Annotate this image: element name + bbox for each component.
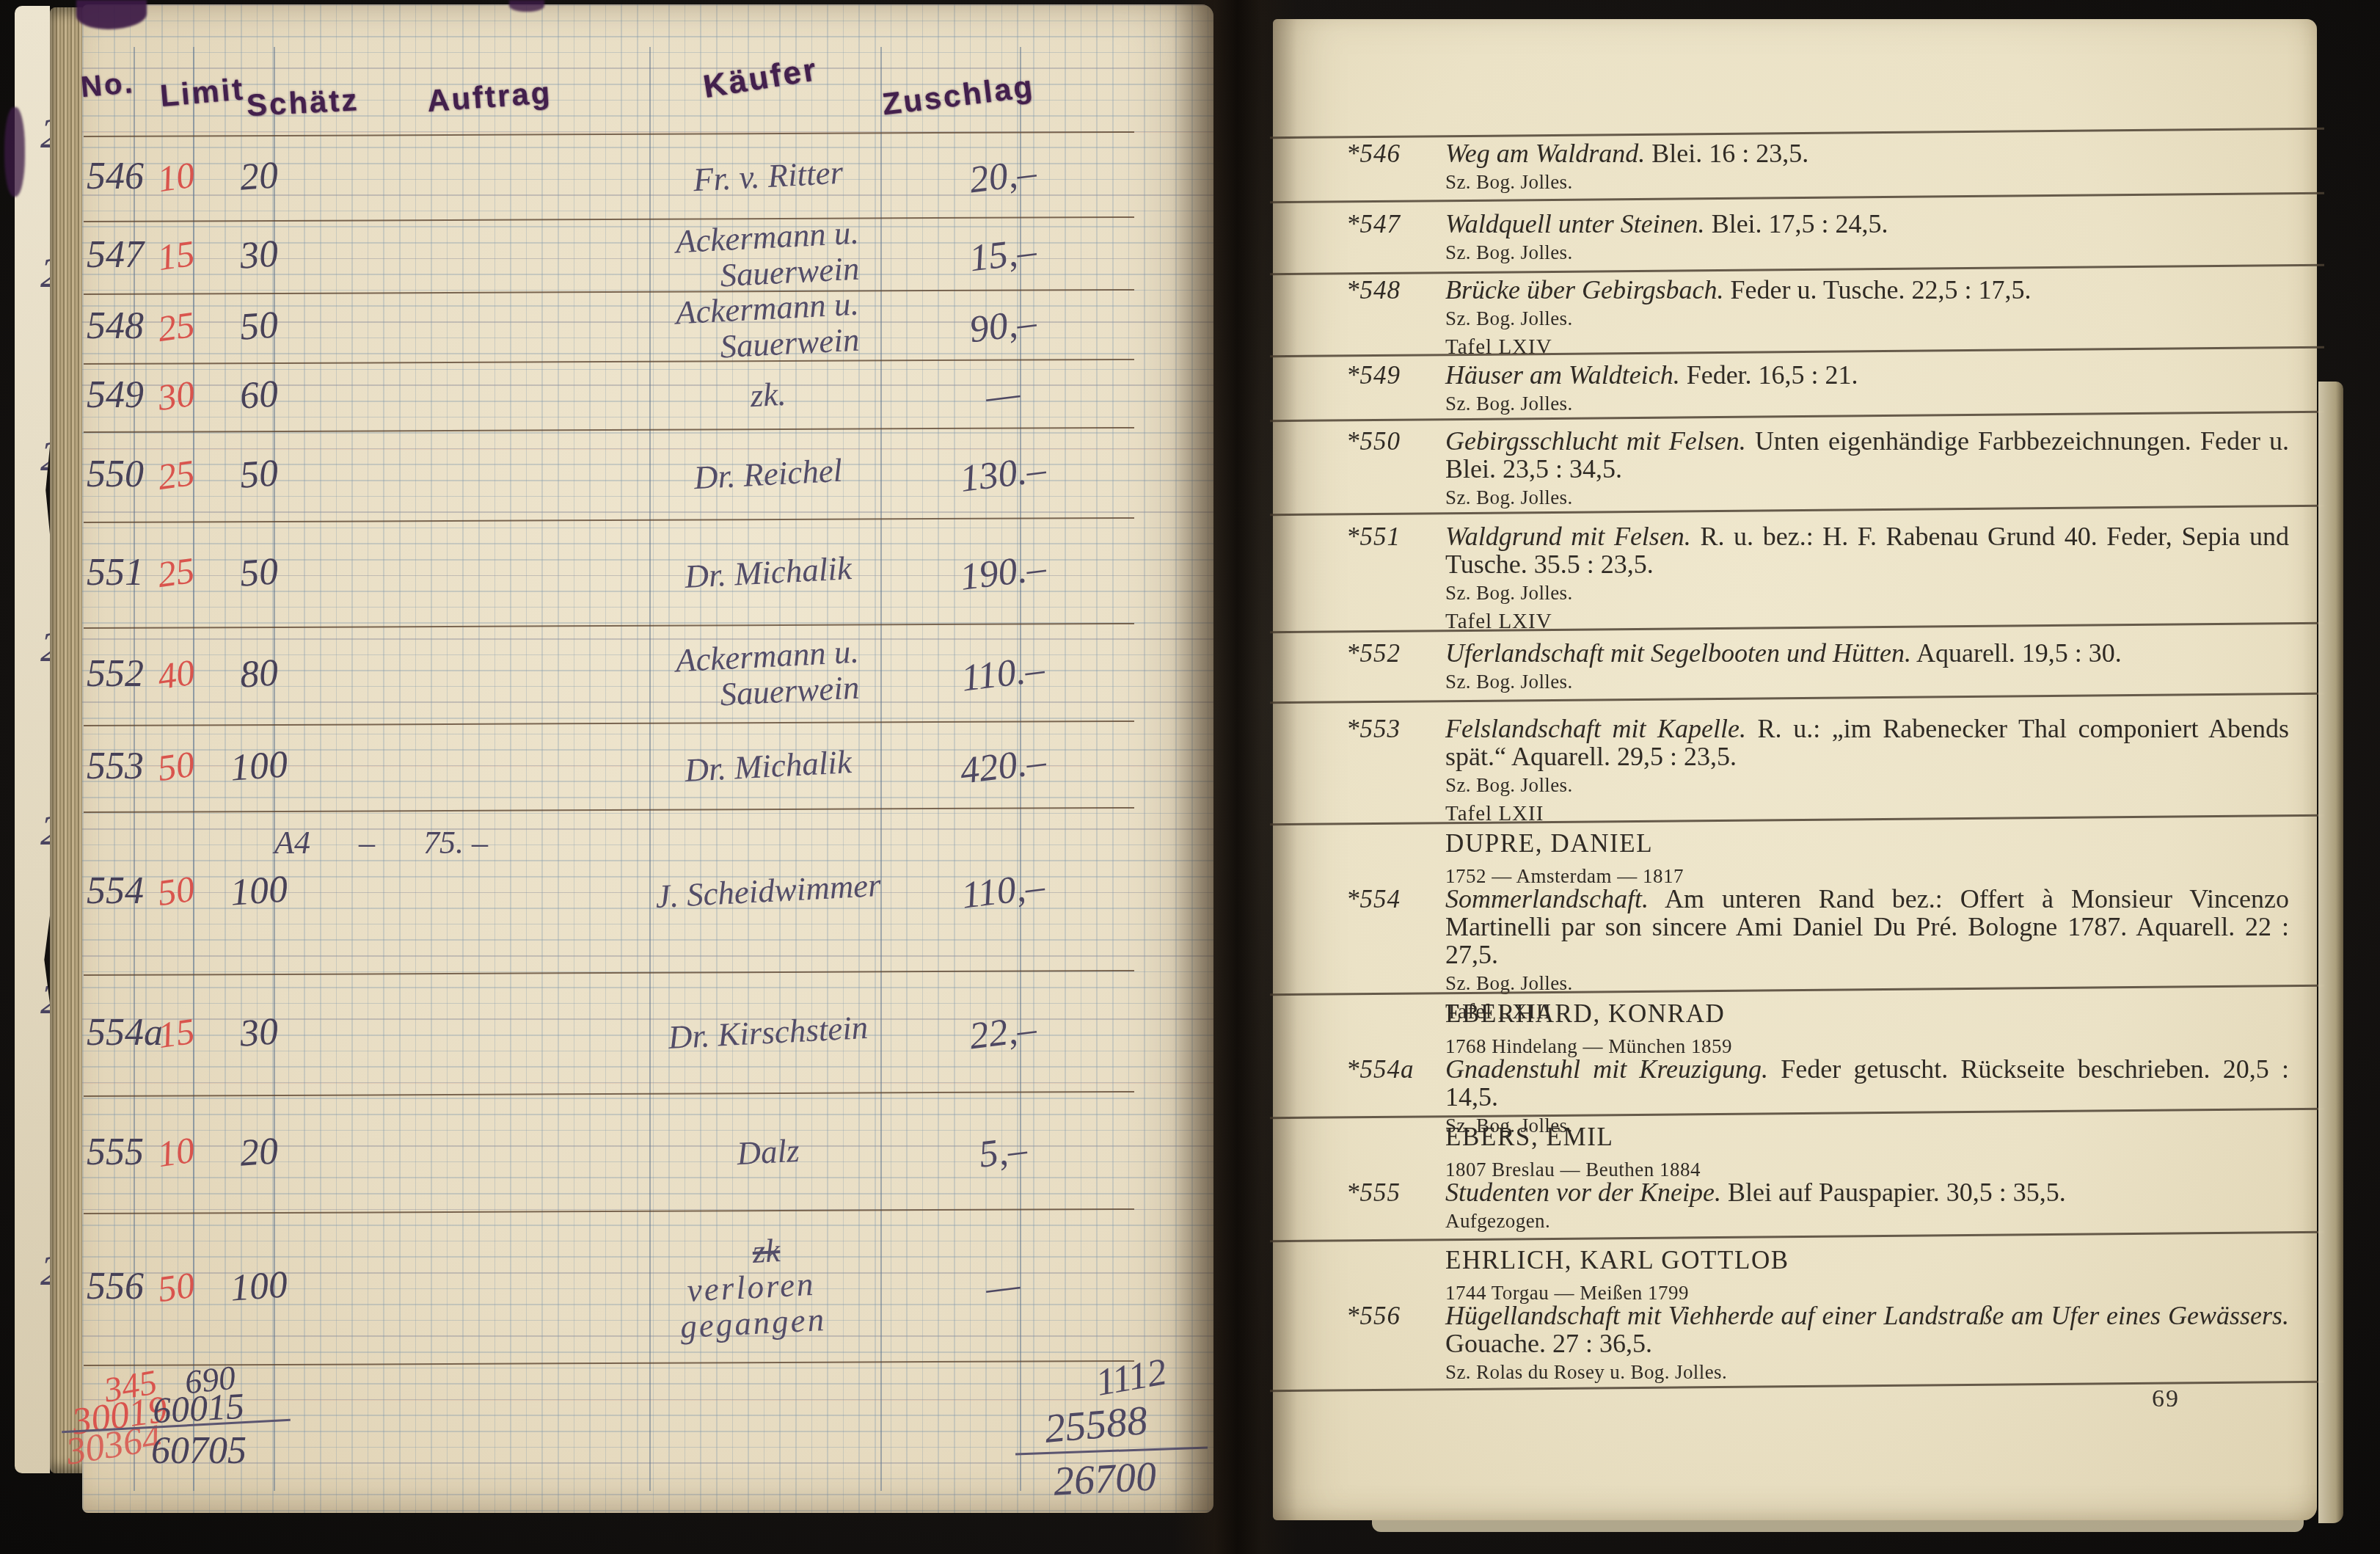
- lot-title: Hügellandschaft mit Viehherde auf einer …: [1445, 1301, 2289, 1330]
- lot-title: Gnadenstuhl mit Kreuzigung.: [1445, 1054, 1768, 1084]
- handwritten-ledger-page: No. Limit Schätz Auftrag Käufer Zuschlag…: [82, 4, 1213, 1513]
- catalog-lot-number: *546: [1346, 139, 1401, 169]
- buyer-name: Ackermann u.Sauerwein: [646, 285, 891, 367]
- auction-ledger-book-scan: 2222222 No. Limit Schätz Auftrag Käufer …: [0, 0, 2380, 1554]
- entry-separator-line: [1270, 264, 2324, 276]
- column-header-auftrag: Auftrag: [426, 75, 553, 119]
- catalog-lot-entry: *552 Uferlandschaft mit Segelbooten und …: [1273, 639, 2317, 693]
- right-underpage-edge: [1372, 1520, 2304, 1532]
- previous-page-digit: 2: [40, 1246, 50, 1295]
- catalog-lot-entry: *550 Gebirgsschlucht mit Felsen. Unten e…: [1273, 427, 2317, 508]
- column-header-kaeufer: Käufer: [701, 51, 820, 106]
- hammer-price: 110,–: [902, 799, 1103, 983]
- provenance-line: Sz. Bog. Jolles.: [1445, 671, 2317, 693]
- ledger-row: 549 30 60 zk. —: [82, 361, 1133, 429]
- provenance-line: Aufgezogen.: [1445, 1210, 2317, 1232]
- catalog-lot-text: Waldgrund mit Felsen. R. u. bez.: H. F. …: [1445, 522, 2289, 578]
- ledger-row: 550 25 50 Dr. Reichel 130.–: [82, 429, 1133, 519]
- catalog-lot-entry: *548 Brücke über Gebirgsbach. Feder u. T…: [1273, 276, 2317, 358]
- buyer-name-line: Fr. v. Ritter: [693, 155, 844, 198]
- limit-value: 10: [134, 130, 218, 224]
- lot-title: Uferlandschaft mit Segelbooten und Hütte…: [1445, 638, 1911, 668]
- estimate-value: 100: [210, 720, 308, 813]
- catalog-lot-text: Hügellandschaft mit Viehherde auf einer …: [1445, 1302, 2289, 1357]
- catalog-lot-text: Sommerlandschaft. Am unteren Rand bez.: …: [1445, 885, 2289, 968]
- lot-title: Waldquell unter Steinen.: [1445, 209, 1705, 238]
- printed-catalog-page: *546 Weg am Waldrand. Blei. 16 : 23,5. S…: [1273, 19, 2317, 1520]
- torn-underpage-edge: 2222222: [15, 6, 50, 1473]
- column-header-zuschlag: Zuschlag: [880, 68, 1037, 122]
- previous-page-digit: 2: [40, 806, 50, 855]
- ledger-row: 548 25 50 Ackermann u.Sauerwein 90,–: [82, 291, 1133, 361]
- catalog-lot-number: *552: [1346, 639, 1401, 668]
- hammer-price: 22,–: [905, 961, 1101, 1104]
- catalog-lot-text: Waldquell unter Steinen. Blei. 17,5 : 24…: [1445, 210, 2289, 238]
- provenance-line: Sz. Bog. Jolles.: [1445, 307, 2317, 329]
- catalog-lot-entry: *553 Felslandschaft mit Kapelle. R. u.: …: [1273, 715, 2317, 825]
- buyer-name-line: J. Scheidwimmer: [654, 867, 882, 915]
- ledger-row: 555 10 20 Dalz 5,–: [82, 1093, 1133, 1211]
- buyer-name-line: zk.: [749, 376, 786, 414]
- buyer-name-line: Dr. Michalik: [684, 744, 853, 788]
- lot-details: Gouache. 27 : 36,5.: [1445, 1329, 1652, 1358]
- page-number: 69: [2152, 1385, 2180, 1413]
- hammer-price: 5,–: [905, 1082, 1101, 1221]
- buyer-name: Ackermann u.Sauerwein: [645, 619, 892, 729]
- catalog-lot-number: *547: [1346, 210, 1401, 239]
- estimate-value: 50: [211, 288, 307, 365]
- ledger-row: 556 50 100 zkverloren gegangen —: [82, 1211, 1133, 1363]
- catalog-lot-text: Weg am Waldrand. Blei. 16 : 23,5.: [1445, 139, 2289, 167]
- lot-details: Blei. 17,5 : 24,5.: [1712, 209, 1888, 238]
- ledger-row: 552 40 80 Ackermann u.Sauerwein 110.–: [82, 625, 1133, 723]
- catalog-lot-entry: *556 Hügellandschaft mit Viehherde auf e…: [1273, 1302, 2317, 1383]
- catalog-lot-entry: *555 Studenten vor der Kneipe. Blei auf …: [1273, 1178, 2317, 1232]
- buyer-name: zk.: [646, 354, 891, 435]
- catalog-artist-entry: EHRLICH, KARL GOTTLOB 1744 Torgau — Meiß…: [1273, 1246, 2317, 1305]
- catalog-lot-number: *554a: [1346, 1055, 1415, 1084]
- buyer-name-line: verloren gegangen: [613, 1263, 892, 1349]
- provenance-line: Sz. Bog. Jolles.: [1445, 241, 2317, 263]
- hammer-price: —: [902, 1200, 1103, 1374]
- catalog-lot-text: Gnadenstuhl mit Kreuzigung. Feder getusc…: [1445, 1055, 2289, 1111]
- estimate-grand-total: 60705: [151, 1429, 247, 1473]
- catalog-artist-entry: DUPRE, DANIEL 1752 — Amsterdam — 1817: [1273, 829, 2317, 888]
- estimate-value: 50: [209, 517, 309, 628]
- buyer-name-line: zk: [751, 1233, 781, 1269]
- catalog-lot-entry: *547 Waldquell unter Steinen. Blei. 17,5…: [1273, 210, 2317, 263]
- previous-page-digit: 2: [40, 974, 50, 1024]
- lot-title: Weg am Waldrand.: [1445, 139, 1645, 168]
- catalog-lot-number: *554: [1346, 885, 1401, 914]
- limit-value: 40: [133, 621, 219, 728]
- limit-value: 15: [135, 214, 218, 296]
- ledger-row: 551 25 50 Dr. Michalik 190.–: [82, 519, 1133, 625]
- limit-value: 30: [135, 356, 217, 434]
- catalog-lot-text: Häuser am Waldteich. Feder. 16,5 : 21.: [1445, 361, 2289, 389]
- limit-value: 25: [134, 425, 219, 525]
- limit-value: 25: [135, 287, 217, 366]
- estimate-value: 50: [210, 426, 308, 522]
- column-header-schaetz: Schätz: [246, 82, 360, 123]
- lot-title: Brücke über Gebirgsbach.: [1445, 275, 1724, 304]
- buyer-name: J. Scheidwimmer: [643, 803, 893, 979]
- entry-separator-line: [1270, 128, 2324, 139]
- lot-details: Blei auf Pauspapier. 30,5 : 35,5.: [1728, 1178, 2066, 1207]
- lot-title: Häuser am Waldteich.: [1445, 360, 1680, 390]
- estimate-value: 20: [210, 131, 308, 222]
- ledger-row: 554a 15 30 Dr. Kirschstein 22,–: [82, 972, 1133, 1093]
- ledger-row: 554 50 100 A4 – 75. – J. Scheidwimmer 11…: [82, 809, 1133, 972]
- catalog-lot-number: *556: [1346, 1302, 1401, 1331]
- buyer-name: Dr. Michalik: [645, 716, 891, 815]
- lot-title: Sommerlandschaft.: [1445, 884, 1649, 913]
- buyer-name-line: Dr. Reichel: [693, 453, 844, 496]
- order-note: A4 – 75. –: [274, 817, 619, 868]
- lot-title: Waldgrund mit Felsen.: [1445, 522, 1691, 551]
- buyer-name: zkverloren gegangen: [643, 1205, 893, 1369]
- artist-name: EBERHARD, KONRAD: [1445, 999, 2317, 1029]
- hammer-grand-total: 26700: [1052, 1453, 1157, 1505]
- buyer-name: Dr. Reichel: [645, 423, 891, 525]
- lot-title: Studenten vor der Kneipe.: [1445, 1178, 1721, 1207]
- entry-separator-line: [1270, 1231, 2324, 1243]
- limit-value: 15: [131, 968, 221, 1098]
- catalog-lot-entry: *549 Häuser am Waldteich. Feder. 16,5 : …: [1273, 361, 2317, 415]
- buyer-name: Fr. v. Ritter: [645, 128, 891, 225]
- right-page-stack-edge: [2318, 382, 2343, 1523]
- catalog-lot-text: Felslandschaft mit Kapelle. R. u.: „im R…: [1445, 715, 2289, 770]
- buyer-name-line: Sauerwein: [719, 669, 860, 712]
- buyer-name: Dr. Michalik: [644, 513, 891, 631]
- catalog-lot-entry: *551 Waldgrund mit Felsen. R. u. bez.: H…: [1273, 522, 2317, 632]
- estimate-value: 100: [208, 1208, 310, 1365]
- buyer-name-line: Dr. Michalik: [684, 550, 853, 594]
- estimate-value: 80: [210, 622, 309, 726]
- artist-name: EBERS, EMIL: [1445, 1123, 2317, 1152]
- catalog-artist-entry: EBERS, EMIL 1807 Breslau — Beuthen 1884: [1273, 1123, 2317, 1181]
- limit-value: 50: [134, 718, 218, 814]
- provenance-line: Sz. Rolas du Rosey u. Bog. Jolles.: [1445, 1361, 2317, 1383]
- catalog-lot-text: Gebirgsschlucht mit Felsen. Unten eigenh…: [1445, 427, 2289, 483]
- ink-smudge: [4, 107, 25, 197]
- catalog-lot-number: *550: [1346, 427, 1401, 456]
- catalog-lot-number: *551: [1346, 522, 1401, 552]
- sum-rule: [1015, 1446, 1208, 1455]
- estimate-value: 20: [209, 1090, 310, 1214]
- catalog-lot-entry: *546 Weg am Waldrand. Blei. 16 : 23,5. S…: [1273, 139, 2317, 193]
- previous-page-digit: 2: [40, 109, 50, 158]
- lot-details: Feder. 16,5 : 21.: [1687, 360, 1858, 390]
- catalog-lot-number: *553: [1346, 715, 1401, 744]
- lot-details: Feder u. Tusche. 22,5 : 17,5.: [1731, 275, 2032, 304]
- lot-title: Felslandschaft mit Kapelle.: [1445, 714, 1746, 743]
- artist-name: DUPRE, DANIEL: [1445, 829, 2317, 858]
- lot-details: Blei. 16 : 23,5.: [1651, 139, 1808, 168]
- entry-separator-line: [1270, 693, 2324, 704]
- buyer-name: Dalz: [644, 1087, 892, 1216]
- buyer-name-line: Dalz: [736, 1133, 800, 1172]
- buyer-name: Dr. Kirschstein: [644, 966, 892, 1099]
- previous-page-digit: 2: [40, 431, 50, 481]
- estimate-value: 30: [208, 969, 309, 1096]
- ledger-row: 547 15 30 Ackermann u.Sauerwein 15,–: [82, 219, 1133, 291]
- column-header-limit: Limit: [158, 71, 246, 114]
- previous-page-digit: 2: [40, 248, 50, 297]
- catalog-lot-text: Brücke über Gebirgsbach. Feder u. Tusche…: [1445, 276, 2289, 304]
- provenance-line: Sz. Bog. Jolles.: [1445, 582, 2317, 604]
- artist-name: EHRLICH, KARL GOTTLOB: [1445, 1246, 2317, 1275]
- ledger-row: 553 50 100 Dr. Michalik 420.–: [82, 723, 1133, 809]
- lot-title: Gebirgsschlucht mit Felsen.: [1445, 426, 1746, 456]
- ink-smudge: [509, 0, 544, 12]
- provenance-line: Sz. Bog. Jolles.: [1445, 171, 2317, 193]
- limit-value: 25: [132, 515, 219, 630]
- catalog-lot-text: Uferlandschaft mit Segelbooten und Hütte…: [1445, 639, 2289, 667]
- catalog-lot-text: Studenten vor der Kneipe. Blei auf Pausp…: [1445, 1178, 2289, 1206]
- catalog-lot-number: *548: [1346, 276, 1401, 305]
- column-header-no: No.: [79, 67, 136, 104]
- catalog-lot-number: *555: [1346, 1178, 1401, 1208]
- entry-separator-line: [1270, 192, 2324, 204]
- catalog-artist-entry: EBERHARD, KONRAD 1768 Hindelang — Münche…: [1273, 999, 2317, 1058]
- estimate-value: 30: [211, 216, 308, 295]
- ledger-row: 546 10 20 Fr. v. Ritter 20,–: [82, 134, 1133, 219]
- provenance-line: Sz. Bog. Jolles.: [1445, 774, 2317, 796]
- catalog-lot-number: *549: [1346, 361, 1401, 390]
- lot-details: Aquarell. 19,5 : 30.: [1916, 638, 2122, 668]
- estimate-value: 60: [211, 358, 307, 433]
- limit-value: 10: [131, 1089, 220, 1215]
- previous-page-digit: 2: [40, 622, 50, 671]
- hammer-carryover: 25588: [1043, 1397, 1149, 1453]
- buyer-name-line: Dr. Kirschstein: [668, 1010, 869, 1056]
